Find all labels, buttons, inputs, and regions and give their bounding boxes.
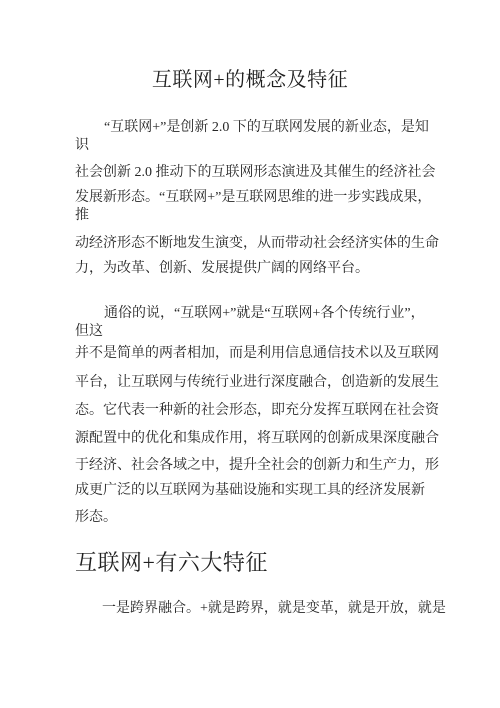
body-line: 动经济形态不断地发生演变，从而带动社会经济实体的生命 <box>75 235 439 253</box>
body-line: 通俗的说，“互联网+”就是“互联网+各个传统行业”， <box>104 305 425 323</box>
document-title: 互联网+的概念及特征 <box>0 67 500 93</box>
body-line: 一是跨界融合。+就是跨界，就是变革，就是开放，就是 <box>102 600 446 618</box>
body-line: 但这 <box>75 323 103 341</box>
body-line: 态。它代表一种新的社会形态，即充分发挥互联网在社会资 <box>75 402 439 420</box>
body-line: 识 <box>75 137 89 155</box>
body-line: 于经济、社会各域之中，提升全社会的创新力和生产力，形 <box>75 457 439 475</box>
body-line: 并不是简单的两者相加，而是利用信息通信技术以及互联网 <box>75 345 439 363</box>
body-line: 推 <box>75 207 89 225</box>
body-line: “互联网+”是创新 2.0 下的互联网发展的新业态，是知 <box>104 119 429 137</box>
body-line: 力，为改革、创新、发展提供广阔的网络平台。 <box>75 260 369 278</box>
body-line: 成更广泛的以互联网为基础设施和实现工具的经济发展新 <box>75 482 425 500</box>
body-line: 平台，让互联网与传统行业进行深度融合，创造新的发展生 <box>75 374 439 392</box>
body-line: 发展新形态。“互联网+”是互联网思维的进一步实践成果， <box>75 189 431 207</box>
section-heading: 互联网+有六大特征 <box>75 549 268 577</box>
body-line: 社会创新 2.0 推动下的互联网形态演进及其催生的经济社会 <box>75 164 436 182</box>
body-line: 形态。 <box>75 509 117 527</box>
body-line: 源配置中的优化和集成作用，将互联网的创新成果深度融合 <box>75 430 439 448</box>
document-page: 互联网+的概念及特征 “互联网+”是创新 2.0 下的互联网发展的新业态，是知 … <box>0 0 500 708</box>
